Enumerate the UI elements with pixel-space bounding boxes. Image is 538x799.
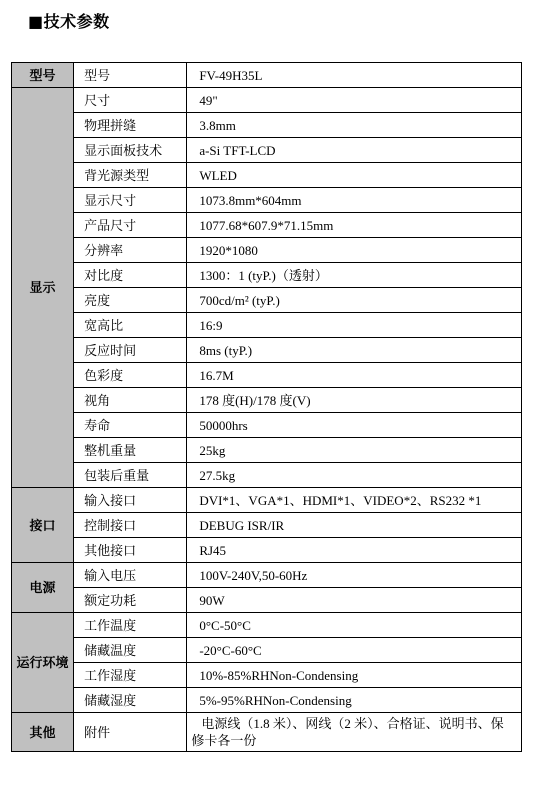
param-value-cell: 700cd/m² (tyP.) <box>187 288 522 313</box>
param-label-cell: 整机重量 <box>74 438 187 463</box>
spec-table-body: 型号型号FV-49H35L显示尺寸49"物理拼缝3.8mm显示面板技术a-Si … <box>12 63 522 752</box>
table-row: 背光源类型WLED <box>12 163 522 188</box>
param-value-cell: 16:9 <box>187 313 522 338</box>
param-label-cell: 宽高比 <box>74 313 187 338</box>
param-label-cell: 显示尺寸 <box>74 188 187 213</box>
param-value-cell: 5%-95%RHNon-Condensing <box>187 688 522 713</box>
param-label-cell: 输入接口 <box>74 488 187 513</box>
param-value-cell: -20°C-60°C <box>187 638 522 663</box>
param-value-cell: 电源线（1.8 米）、网线（2 米）、合格证、说明书、保修卡各一份 <box>187 713 522 752</box>
param-label-cell: 工作湿度 <box>74 663 187 688</box>
table-row: 产品尺寸1077.68*607.9*71.15mm <box>12 213 522 238</box>
param-value-cell: 27.5kg <box>187 463 522 488</box>
category-cell: 电源 <box>12 563 74 613</box>
param-value-cell: 50000hrs <box>187 413 522 438</box>
param-value-cell: 8ms (tyP.) <box>187 338 522 363</box>
param-value-cell: DEBUG ISR/IR <box>187 513 522 538</box>
table-row: 运行环境工作温度0°C-50°C <box>12 613 522 638</box>
table-row: 其他附件电源线（1.8 米）、网线（2 米）、合格证、说明书、保修卡各一份 <box>12 713 522 752</box>
category-cell: 型号 <box>12 63 74 88</box>
param-value-cell: 100V-240V,50-60Hz <box>187 563 522 588</box>
param-label-cell: 储藏湿度 <box>74 688 187 713</box>
param-label-cell: 额定功耗 <box>74 588 187 613</box>
table-row: 储藏温度-20°C-60°C <box>12 638 522 663</box>
param-value-cell: 1300：1 (tyP.)（透射） <box>187 263 522 288</box>
param-label-cell: 分辨率 <box>74 238 187 263</box>
table-row: 色彩度16.7M <box>12 363 522 388</box>
param-value-cell: WLED <box>187 163 522 188</box>
table-row: 显示面板技术a-Si TFT-LCD <box>12 138 522 163</box>
param-value-cell: 1073.8mm*604mm <box>187 188 522 213</box>
param-label-cell: 背光源类型 <box>74 163 187 188</box>
category-cell: 接口 <box>12 488 74 563</box>
param-value-cell: 3.8mm <box>187 113 522 138</box>
param-label-cell: 显示面板技术 <box>74 138 187 163</box>
param-label-cell: 亮度 <box>74 288 187 313</box>
param-label-cell: 视角 <box>74 388 187 413</box>
spec-sheet-page: ■技术参数 型号型号FV-49H35L显示尺寸49"物理拼缝3.8mm显示面板技… <box>0 0 538 799</box>
table-row: 反应时间8ms (tyP.) <box>12 338 522 363</box>
table-row: 显示尺寸49" <box>12 88 522 113</box>
table-row: 电源输入电压100V-240V,50-60Hz <box>12 563 522 588</box>
param-value-cell: RJ45 <box>187 538 522 563</box>
param-label-cell: 附件 <box>74 713 187 752</box>
table-row: 型号型号FV-49H35L <box>12 63 522 88</box>
category-cell: 显示 <box>12 88 74 488</box>
param-value-cell: 10%-85%RHNon-Condensing <box>187 663 522 688</box>
table-row: 工作湿度10%-85%RHNon-Condensing <box>12 663 522 688</box>
param-label-cell: 产品尺寸 <box>74 213 187 238</box>
table-row: 控制接口DEBUG ISR/IR <box>12 513 522 538</box>
tech-spec-table: 型号型号FV-49H35L显示尺寸49"物理拼缝3.8mm显示面板技术a-Si … <box>11 62 522 752</box>
table-row: 显示尺寸1073.8mm*604mm <box>12 188 522 213</box>
param-value-cell: 1920*1080 <box>187 238 522 263</box>
table-row: 整机重量25kg <box>12 438 522 463</box>
param-label-cell: 尺寸 <box>74 88 187 113</box>
table-row: 其他接口RJ45 <box>12 538 522 563</box>
param-value-cell: a-Si TFT-LCD <box>187 138 522 163</box>
table-row: 接口输入接口DVI*1、VGA*1、HDMI*1、VIDEO*2、RS232 *… <box>12 488 522 513</box>
param-value-cell: 49" <box>187 88 522 113</box>
param-value-cell: 0°C-50°C <box>187 613 522 638</box>
table-row: 亮度700cd/m² (tyP.) <box>12 288 522 313</box>
param-value-cell: 178 度(H)/178 度(V) <box>187 388 522 413</box>
param-label-cell: 型号 <box>74 63 187 88</box>
param-value-cell: 90W <box>187 588 522 613</box>
page-title: ■技术参数 <box>28 12 538 32</box>
param-value-cell: DVI*1、VGA*1、HDMI*1、VIDEO*2、RS232 *1 <box>187 488 522 513</box>
table-row: 储藏湿度5%-95%RHNon-Condensing <box>12 688 522 713</box>
table-row: 寿命50000hrs <box>12 413 522 438</box>
param-label-cell: 对比度 <box>74 263 187 288</box>
param-label-cell: 工作温度 <box>74 613 187 638</box>
param-label-cell: 其他接口 <box>74 538 187 563</box>
param-label-cell: 反应时间 <box>74 338 187 363</box>
table-row: 物理拼缝3.8mm <box>12 113 522 138</box>
param-label-cell: 输入电压 <box>74 563 187 588</box>
table-row: 包装后重量27.5kg <box>12 463 522 488</box>
param-value-cell: FV-49H35L <box>187 63 522 88</box>
category-cell: 其他 <box>12 713 74 752</box>
table-row: 对比度1300：1 (tyP.)（透射） <box>12 263 522 288</box>
table-row: 视角178 度(H)/178 度(V) <box>12 388 522 413</box>
param-label-cell: 储藏温度 <box>74 638 187 663</box>
param-value-cell: 1077.68*607.9*71.15mm <box>187 213 522 238</box>
param-label-cell: 寿命 <box>74 413 187 438</box>
category-cell: 运行环境 <box>12 613 74 713</box>
param-value-cell: 16.7M <box>187 363 522 388</box>
param-label-cell: 色彩度 <box>74 363 187 388</box>
param-label-cell: 包装后重量 <box>74 463 187 488</box>
param-label-cell: 物理拼缝 <box>74 113 187 138</box>
table-row: 分辨率1920*1080 <box>12 238 522 263</box>
table-row: 额定功耗90W <box>12 588 522 613</box>
param-value-cell: 25kg <box>187 438 522 463</box>
table-row: 宽高比16:9 <box>12 313 522 338</box>
param-label-cell: 控制接口 <box>74 513 187 538</box>
